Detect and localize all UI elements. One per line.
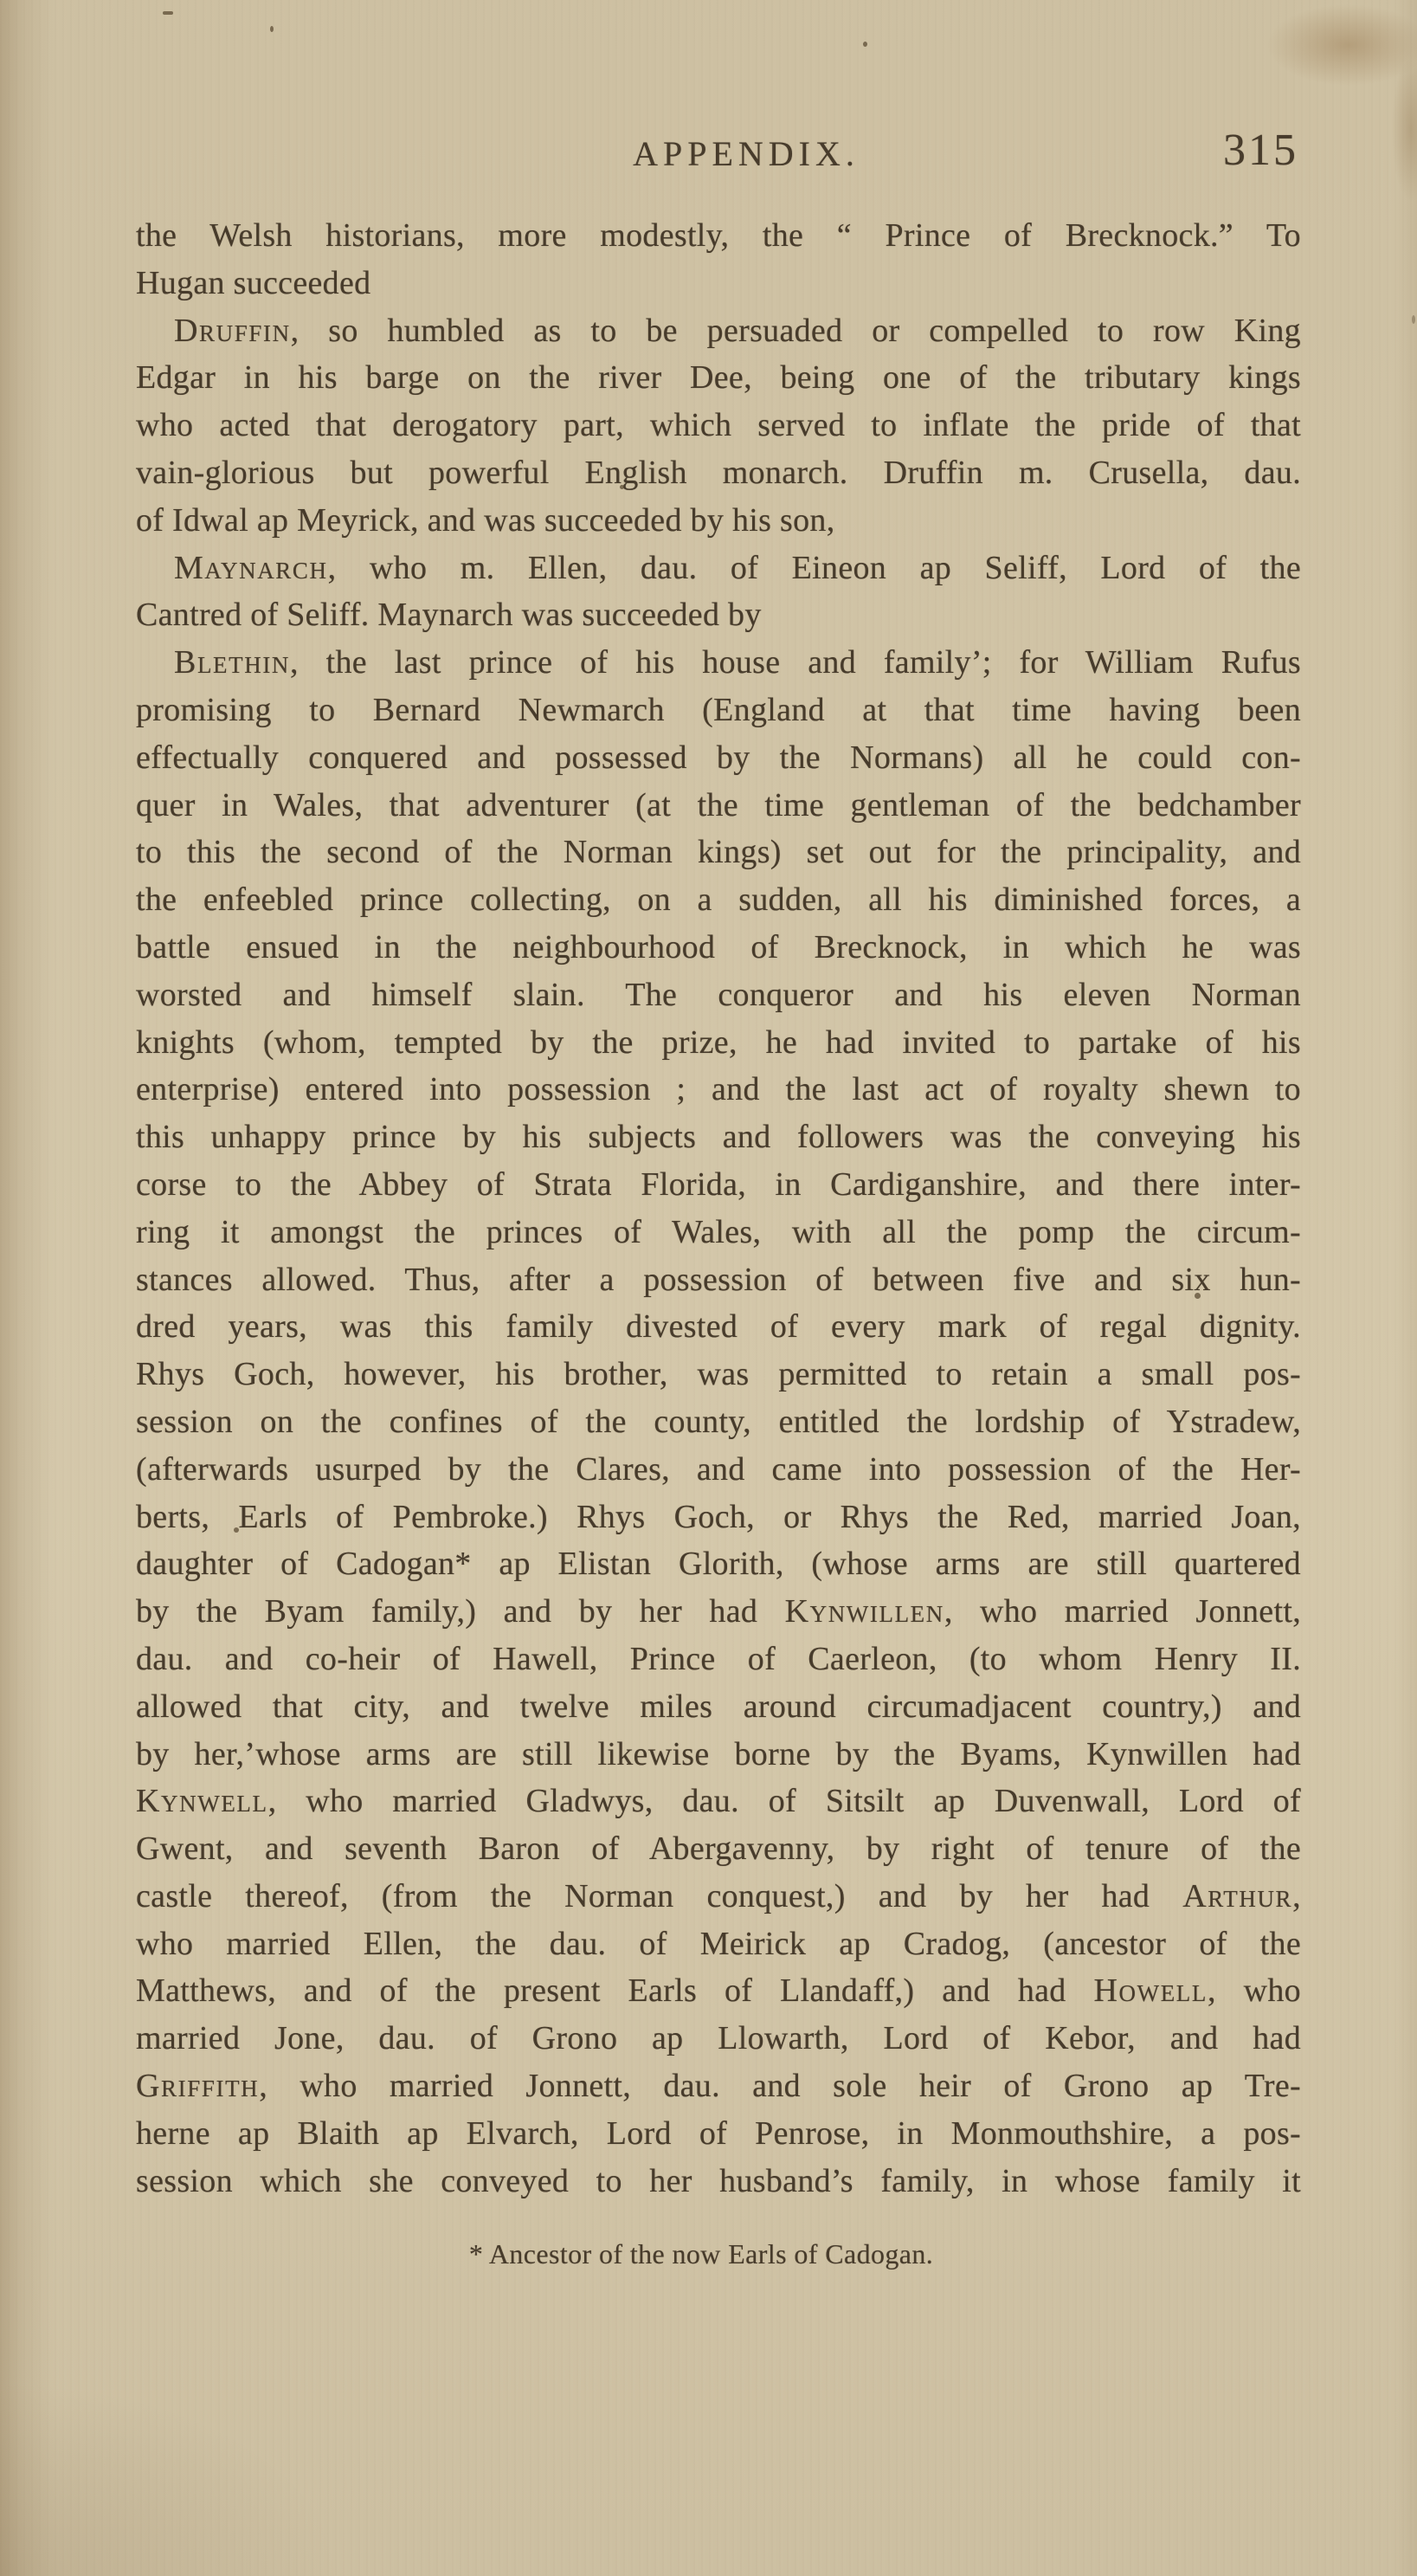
small-caps-name: Arthur xyxy=(1182,1878,1292,1914)
text-segment: dred years, was this family divested of … xyxy=(136,1308,1301,1345)
text-segment: battle ensued in the neighbourhood of Br… xyxy=(136,929,1301,965)
text-segment: Rhys Goch, however, his brother, was per… xyxy=(136,1356,1301,1392)
text-segment: session on the confines of the county, e… xyxy=(136,1404,1301,1440)
text-line: Griffith, who married Jonnett, dau. and … xyxy=(136,2063,1301,2110)
ink-speck xyxy=(1412,315,1415,324)
text-segment: to this the second of the Norman kings) … xyxy=(136,834,1301,870)
text-segment: who acted that derogatory part, which se… xyxy=(136,407,1301,443)
text-segment: corse to the Abbey of Strata Florida, in… xyxy=(136,1166,1301,1203)
text-line: herne ap Blaith ap Elvarch, Lord of Penr… xyxy=(136,2110,1301,2158)
text-segment: married Jone, dau. of Grono ap Llowarth,… xyxy=(136,2020,1301,2056)
text-segment: quer in Wales, that adventurer (at the t… xyxy=(136,787,1301,823)
text-segment: , who married Gladwys, dau. of Sitsilt a… xyxy=(268,1783,1301,1819)
book-page: APPENDIX. 315 the Welsh historians, more… xyxy=(0,0,1417,2576)
text-line: (afterwards usurped by the Clares, and c… xyxy=(136,1446,1301,1494)
text-segment: by her,’whose arms are still likewise bo… xyxy=(136,1736,1301,1772)
text-line: castle thereof, (from the Norman conques… xyxy=(136,1873,1301,1921)
text-segment: , who married Jonnett, dau. and sole hei… xyxy=(259,2068,1301,2104)
text-line: worsted and himself slain. The conqueror… xyxy=(136,972,1301,1019)
text-line: battle ensued in the neighbourhood of Br… xyxy=(136,924,1301,972)
text-segment: stances allowed. Thus, after a possessio… xyxy=(136,1262,1301,1298)
text-segment: enterprise) entered into possession ; an… xyxy=(136,1071,1301,1107)
text-segment: by the Byam family,) and by her had xyxy=(136,1593,785,1630)
text-segment: the Welsh historians, more modestly, the… xyxy=(136,217,1301,254)
text-line: knights (whom, tempted by the prize, he … xyxy=(136,1019,1301,1067)
text-line: Cantred of Seliff. Maynarch was succeede… xyxy=(136,591,1301,639)
text-segment: herne ap Blaith ap Elvarch, Lord of Penr… xyxy=(136,2115,1301,2152)
small-caps-name: Howell xyxy=(1093,1972,1208,2009)
body-text: the Welsh historians, more modestly, the… xyxy=(136,212,1301,2205)
text-line: Maynarch, who m. Ellen, dau. of Eineon a… xyxy=(136,545,1301,592)
text-line: dau. and co-heir of Hawell, Prince of Ca… xyxy=(136,1636,1301,1683)
text-segment: daughter of Cadogan* ap Elistan Glorith,… xyxy=(136,1546,1301,1582)
text-segment: berts, Earls of Pembroke.) Rhys Goch, or… xyxy=(136,1499,1301,1535)
ink-speck xyxy=(270,26,274,32)
text-segment: of Idwal ap Meyrick, and was succeeded b… xyxy=(136,502,835,539)
text-line: Rhys Goch, however, his brother, was per… xyxy=(136,1351,1301,1398)
text-line: Druffin, so humbled as to be persuaded o… xyxy=(136,307,1301,355)
ink-speck xyxy=(1195,1293,1201,1299)
text-line: by the Byam family,) and by her had Kynw… xyxy=(136,1588,1301,1636)
text-line: of Idwal ap Meyrick, and was succeeded b… xyxy=(136,497,1301,545)
text-segment: who married Ellen, the dau. of Meirick a… xyxy=(136,1926,1301,1962)
small-caps-name: Blethin xyxy=(174,644,290,681)
text-line: married Jone, dau. of Grono ap Llowarth,… xyxy=(136,2015,1301,2063)
text-segment: allowed that city, and twelve miles arou… xyxy=(136,1688,1301,1725)
text-segment: ring it amongst the princes of Wales, wi… xyxy=(136,1214,1301,1250)
text-line: session on the confines of the county, e… xyxy=(136,1398,1301,1446)
text-segment: Cantred of Seliff. Maynarch was succeede… xyxy=(136,597,762,633)
text-line: to this the second of the Norman kings) … xyxy=(136,829,1301,876)
text-line: promising to Bernard Newmarch (England a… xyxy=(136,687,1301,734)
ink-speck xyxy=(620,485,624,489)
text-line: allowed that city, and twelve miles arou… xyxy=(136,1683,1301,1731)
ink-speck xyxy=(863,42,867,47)
text-segment: Hugan succeeded xyxy=(136,265,370,301)
text-segment: , who xyxy=(1208,1972,1301,2009)
text-line: vain-glorious but powerful English monar… xyxy=(136,449,1301,497)
text-segment: , xyxy=(1292,1878,1301,1914)
ink-speck xyxy=(234,1527,239,1533)
text-segment: , the last prince of his house and famil… xyxy=(290,644,1301,681)
text-line: ring it amongst the princes of Wales, wi… xyxy=(136,1209,1301,1256)
running-head: APPENDIX. xyxy=(164,135,1329,173)
text-segment: Matthews, and of the present Earls of Ll… xyxy=(136,1972,1093,2009)
small-caps-name: Kynwillen xyxy=(785,1593,944,1630)
small-caps-name: Griffith xyxy=(136,2068,259,2104)
text-line: by her,’whose arms are still likewise bo… xyxy=(136,1731,1301,1779)
text-line: this unhappy prince by his subjects and … xyxy=(136,1114,1301,1161)
text-segment: , who m. Ellen, dau. of Eineon ap Seliff… xyxy=(328,550,1301,586)
text-line: quer in Wales, that adventurer (at the t… xyxy=(136,782,1301,830)
text-segment: Gwent, and seventh Baron of Abergavenny,… xyxy=(136,1830,1301,1867)
text-segment: , who married Jonnett, xyxy=(944,1593,1301,1630)
small-caps-name: Kynwell xyxy=(136,1783,268,1819)
small-caps-name: Druffin xyxy=(174,313,291,349)
text-line: Kynwell, who married Gladwys, dau. of Si… xyxy=(136,1778,1301,1825)
text-line: who married Ellen, the dau. of Meirick a… xyxy=(136,1921,1301,1968)
text-line: session which she conveyed to her husban… xyxy=(136,2158,1301,2205)
text-line: the enfeebled prince collecting, on a su… xyxy=(136,876,1301,924)
text-line: the Welsh historians, more modestly, the… xyxy=(136,212,1301,260)
text-segment: Edgar in his barge on the river Dee, bei… xyxy=(136,359,1301,396)
text-line: stances allowed. Thus, after a possessio… xyxy=(136,1256,1301,1304)
text-line: Blethin, the last prince of his house an… xyxy=(136,639,1301,687)
text-segment: (afterwards usurped by the Clares, and c… xyxy=(136,1451,1301,1488)
ink-speck xyxy=(163,11,173,15)
text-segment: dau. and co-heir of Hawell, Prince of Ca… xyxy=(136,1641,1301,1677)
text-line: Gwent, and seventh Baron of Abergavenny,… xyxy=(136,1825,1301,1873)
text-segment: castle thereof, (from the Norman conques… xyxy=(136,1878,1182,1914)
page-number: 315 xyxy=(1223,128,1298,173)
text-line: Matthews, and of the present Earls of Ll… xyxy=(136,1967,1301,2015)
text-segment: knights (whom, tempted by the prize, he … xyxy=(136,1024,1301,1061)
text-segment: promising to Bernard Newmarch (England a… xyxy=(136,692,1301,728)
text-line: berts, Earls of Pembroke.) Rhys Goch, or… xyxy=(136,1494,1301,1541)
small-caps-name: Maynarch xyxy=(174,550,328,586)
text-line: dred years, was this family divested of … xyxy=(136,1303,1301,1351)
text-line: Hugan succeeded xyxy=(136,260,1301,307)
text-segment: , so humbled as to be persuaded or compe… xyxy=(291,313,1301,349)
text-line: effectually conquered and possessed by t… xyxy=(136,734,1301,782)
text-line: corse to the Abbey of Strata Florida, in… xyxy=(136,1161,1301,1209)
text-segment: this unhappy prince by his subjects and … xyxy=(136,1119,1301,1155)
text-line: who acted that derogatory part, which se… xyxy=(136,402,1301,449)
text-segment: vain-glorious but powerful English monar… xyxy=(136,455,1301,491)
footnote: * Ancestor of the now Earls of Cadogan. xyxy=(119,2237,1284,2270)
text-line: Edgar in his barge on the river Dee, bei… xyxy=(136,354,1301,402)
text-segment: the enfeebled prince collecting, on a su… xyxy=(136,881,1301,918)
text-segment: session which she conveyed to her husban… xyxy=(136,2163,1301,2199)
text-segment: effectually conquered and possessed by t… xyxy=(136,739,1301,776)
text-line: enterprise) entered into possession ; an… xyxy=(136,1066,1301,1114)
text-line: daughter of Cadogan* ap Elistan Glorith,… xyxy=(136,1540,1301,1588)
text-segment: worsted and himself slain. The conqueror… xyxy=(136,977,1301,1013)
